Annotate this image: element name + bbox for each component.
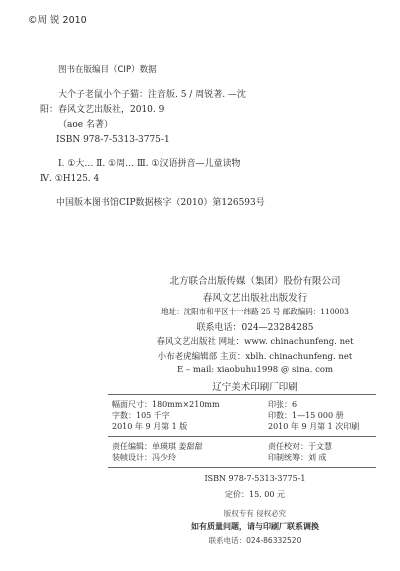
- divider: [108, 394, 376, 395]
- printer-name: 辽宁美术印刷厂印刷: [130, 379, 380, 393]
- price: 定价：15. 00 元: [130, 489, 380, 500]
- staff-editor: 责任编辑：单瑛琪 姜甜甜: [112, 441, 203, 452]
- spec-words: 字数：105 千字: [112, 410, 170, 421]
- staff-proofreader: 责任校对：于文慧: [268, 441, 332, 452]
- publisher-group: 北方联合出版传媒（集团）股份有限公司: [130, 273, 380, 287]
- cip-verify-number: 中国版本图书馆CIP数据核字（2010）第126593号: [56, 196, 265, 211]
- publisher-homepage: 小布老虎编辑部 主页：xblh. chinachunfeng. net: [130, 350, 380, 362]
- rights-notice: 版权专有 侵权必究: [130, 508, 380, 519]
- quality-phone: 联系电话：024-86332520: [130, 535, 380, 546]
- publisher-email: E – mail: xiaobuhu1998 @ sina. com: [130, 365, 380, 375]
- publisher-phone: 联系电话：024—23284285: [130, 320, 380, 333]
- staff-print-coordinator: 印制统筹：刘 成: [268, 452, 327, 463]
- publisher-address: 地址：沈阳市和平区十一纬路 25 号 邮政编码：110003: [130, 306, 380, 317]
- isbn-footer: ISBN 978-7-5313-3775-1: [130, 474, 380, 483]
- quality-notice: 如有质量问题，请与印刷厂联系调换: [130, 521, 380, 532]
- cip-line-2: 阳：春风文艺出版社，2010. 9: [40, 103, 164, 118]
- cip-clc-number: Ⅳ. ①H125. 4: [40, 172, 99, 187]
- cip-classification: Ⅰ. ①大… Ⅱ. ①周… Ⅲ. ①汉语拼音—儿童读物: [58, 157, 240, 172]
- cip-series: （aoe 名著）: [58, 118, 113, 133]
- spec-edition: 2010 年 9 月第 1 版: [112, 421, 187, 432]
- publisher-press: 春风文艺出版社出版发行: [130, 290, 380, 304]
- spec-format: 幅面尺寸：180mm×210mm: [112, 399, 220, 410]
- copyright-line: ©周 锐 2010: [28, 12, 87, 26]
- divider: [108, 467, 376, 468]
- cip-line-1: 大个子老鼠小个子猫：注音版. 5 / 周锐著. —沈: [58, 88, 246, 103]
- cip-title: 图书在版编目（CIP）数据: [58, 63, 157, 75]
- spec-copies: 印数：1—15 000 册: [268, 410, 344, 421]
- cip-isbn: ISBN 978-7-5313-3775-1: [56, 133, 170, 148]
- publisher-website: 春风文艺出版社 网址：www. chinachunfeng. net: [130, 335, 380, 347]
- divider: [108, 436, 376, 437]
- staff-designer: 装帧设计：冯少玲: [112, 452, 176, 463]
- spec-printing: 2010 年 9 月第 1 次印刷: [268, 421, 359, 432]
- spec-sheets: 印张：6: [268, 399, 297, 410]
